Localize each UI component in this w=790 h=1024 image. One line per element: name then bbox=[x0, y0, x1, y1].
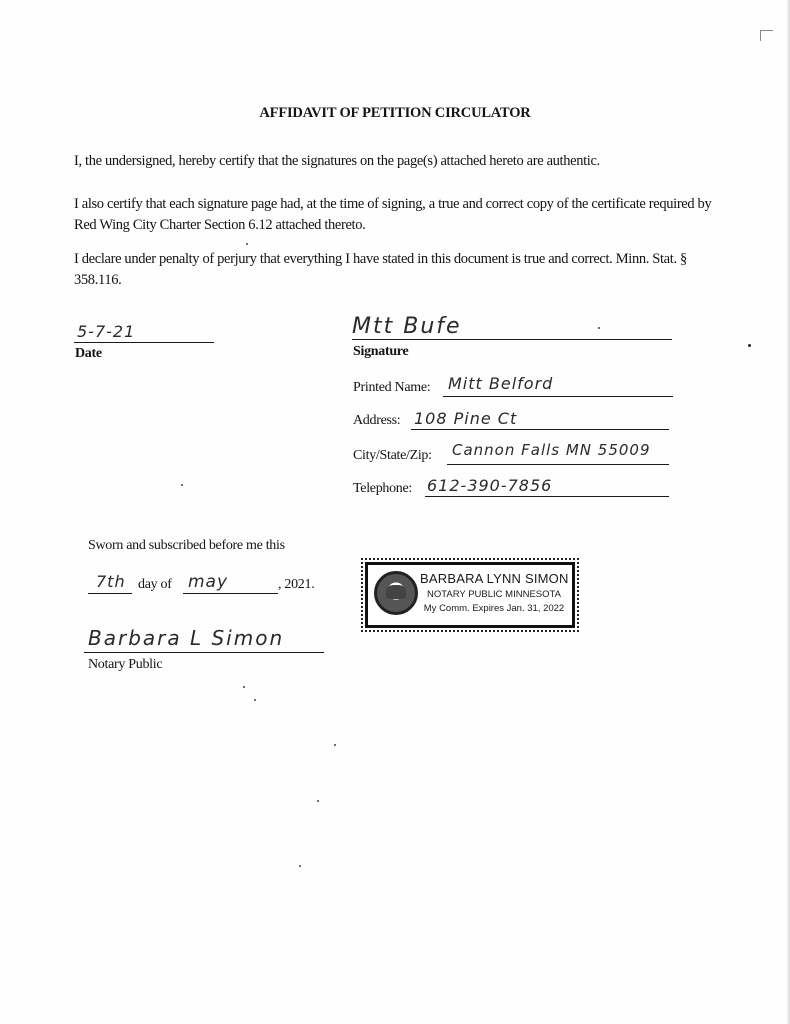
paragraph-authentic: I, the undersigned, hereby certify that … bbox=[74, 151, 714, 172]
paragraph-certificate: I also certify that each signature page … bbox=[74, 194, 714, 236]
telephone-label: Telephone: bbox=[353, 481, 412, 497]
city-state-zip-line bbox=[447, 464, 669, 465]
signature-line bbox=[352, 339, 672, 340]
paragraph-perjury: I declare under penalty of perjury that … bbox=[74, 249, 714, 291]
day-of-text: day of bbox=[138, 577, 172, 593]
month-value: may bbox=[188, 572, 228, 592]
notary-signature-line bbox=[84, 652, 324, 653]
scan-speck bbox=[246, 243, 248, 245]
printed-name-value: Mitt Belford bbox=[448, 374, 553, 393]
stamp-name: BARBARA LYNN SIMON bbox=[420, 571, 568, 586]
sworn-text: Sworn and subscribed before me this bbox=[88, 538, 285, 554]
printed-name-line bbox=[443, 396, 673, 397]
stamp-expiry: My Comm. Expires Jan. 31, 2022 bbox=[420, 603, 568, 614]
date-value: 5-7-21 bbox=[77, 322, 135, 341]
printed-name-label: Printed Name: bbox=[353, 380, 430, 396]
month-line bbox=[183, 593, 278, 594]
address-value: 108 Pine Ct bbox=[414, 409, 517, 428]
date-label: Date bbox=[75, 346, 102, 362]
scan-speck bbox=[243, 686, 245, 688]
scan-speck bbox=[299, 865, 301, 867]
notary-signature: Barbara L Simon bbox=[88, 626, 284, 650]
city-state-zip-value: Cannon Falls MN 55009 bbox=[452, 441, 651, 459]
scan-speck bbox=[254, 699, 256, 701]
stamp-title: NOTARY PUBLIC MINNESOTA bbox=[420, 589, 568, 600]
document-page: AFFIDAVIT OF PETITION CIRCULATOR I, the … bbox=[0, 0, 790, 1024]
scan-speck bbox=[598, 327, 600, 329]
day-line bbox=[88, 593, 132, 594]
notary-stamp: BARBARA LYNN SIMON NOTARY PUBLIC MINNESO… bbox=[365, 562, 575, 628]
telephone-value: 612-390-7856 bbox=[427, 476, 552, 495]
scan-speck bbox=[748, 344, 751, 347]
document-title: AFFIDAVIT OF PETITION CIRCULATOR bbox=[0, 105, 790, 122]
scan-mark bbox=[760, 30, 773, 41]
telephone-line bbox=[425, 496, 669, 497]
address-line bbox=[411, 429, 669, 430]
date-line bbox=[74, 342, 214, 343]
scan-speck bbox=[334, 744, 336, 746]
city-state-zip-label: City/State/Zip: bbox=[353, 448, 432, 464]
day-value: 7th bbox=[96, 572, 126, 591]
address-label: Address: bbox=[353, 413, 400, 429]
signature-label: Signature bbox=[353, 344, 408, 360]
state-seal-icon bbox=[374, 571, 418, 615]
notary-public-label: Notary Public bbox=[88, 657, 162, 673]
circulator-signature: Mtt Bufe bbox=[352, 314, 462, 339]
year-text: , 2021. bbox=[278, 577, 314, 593]
scan-speck bbox=[181, 484, 183, 486]
scan-speck bbox=[317, 800, 319, 802]
